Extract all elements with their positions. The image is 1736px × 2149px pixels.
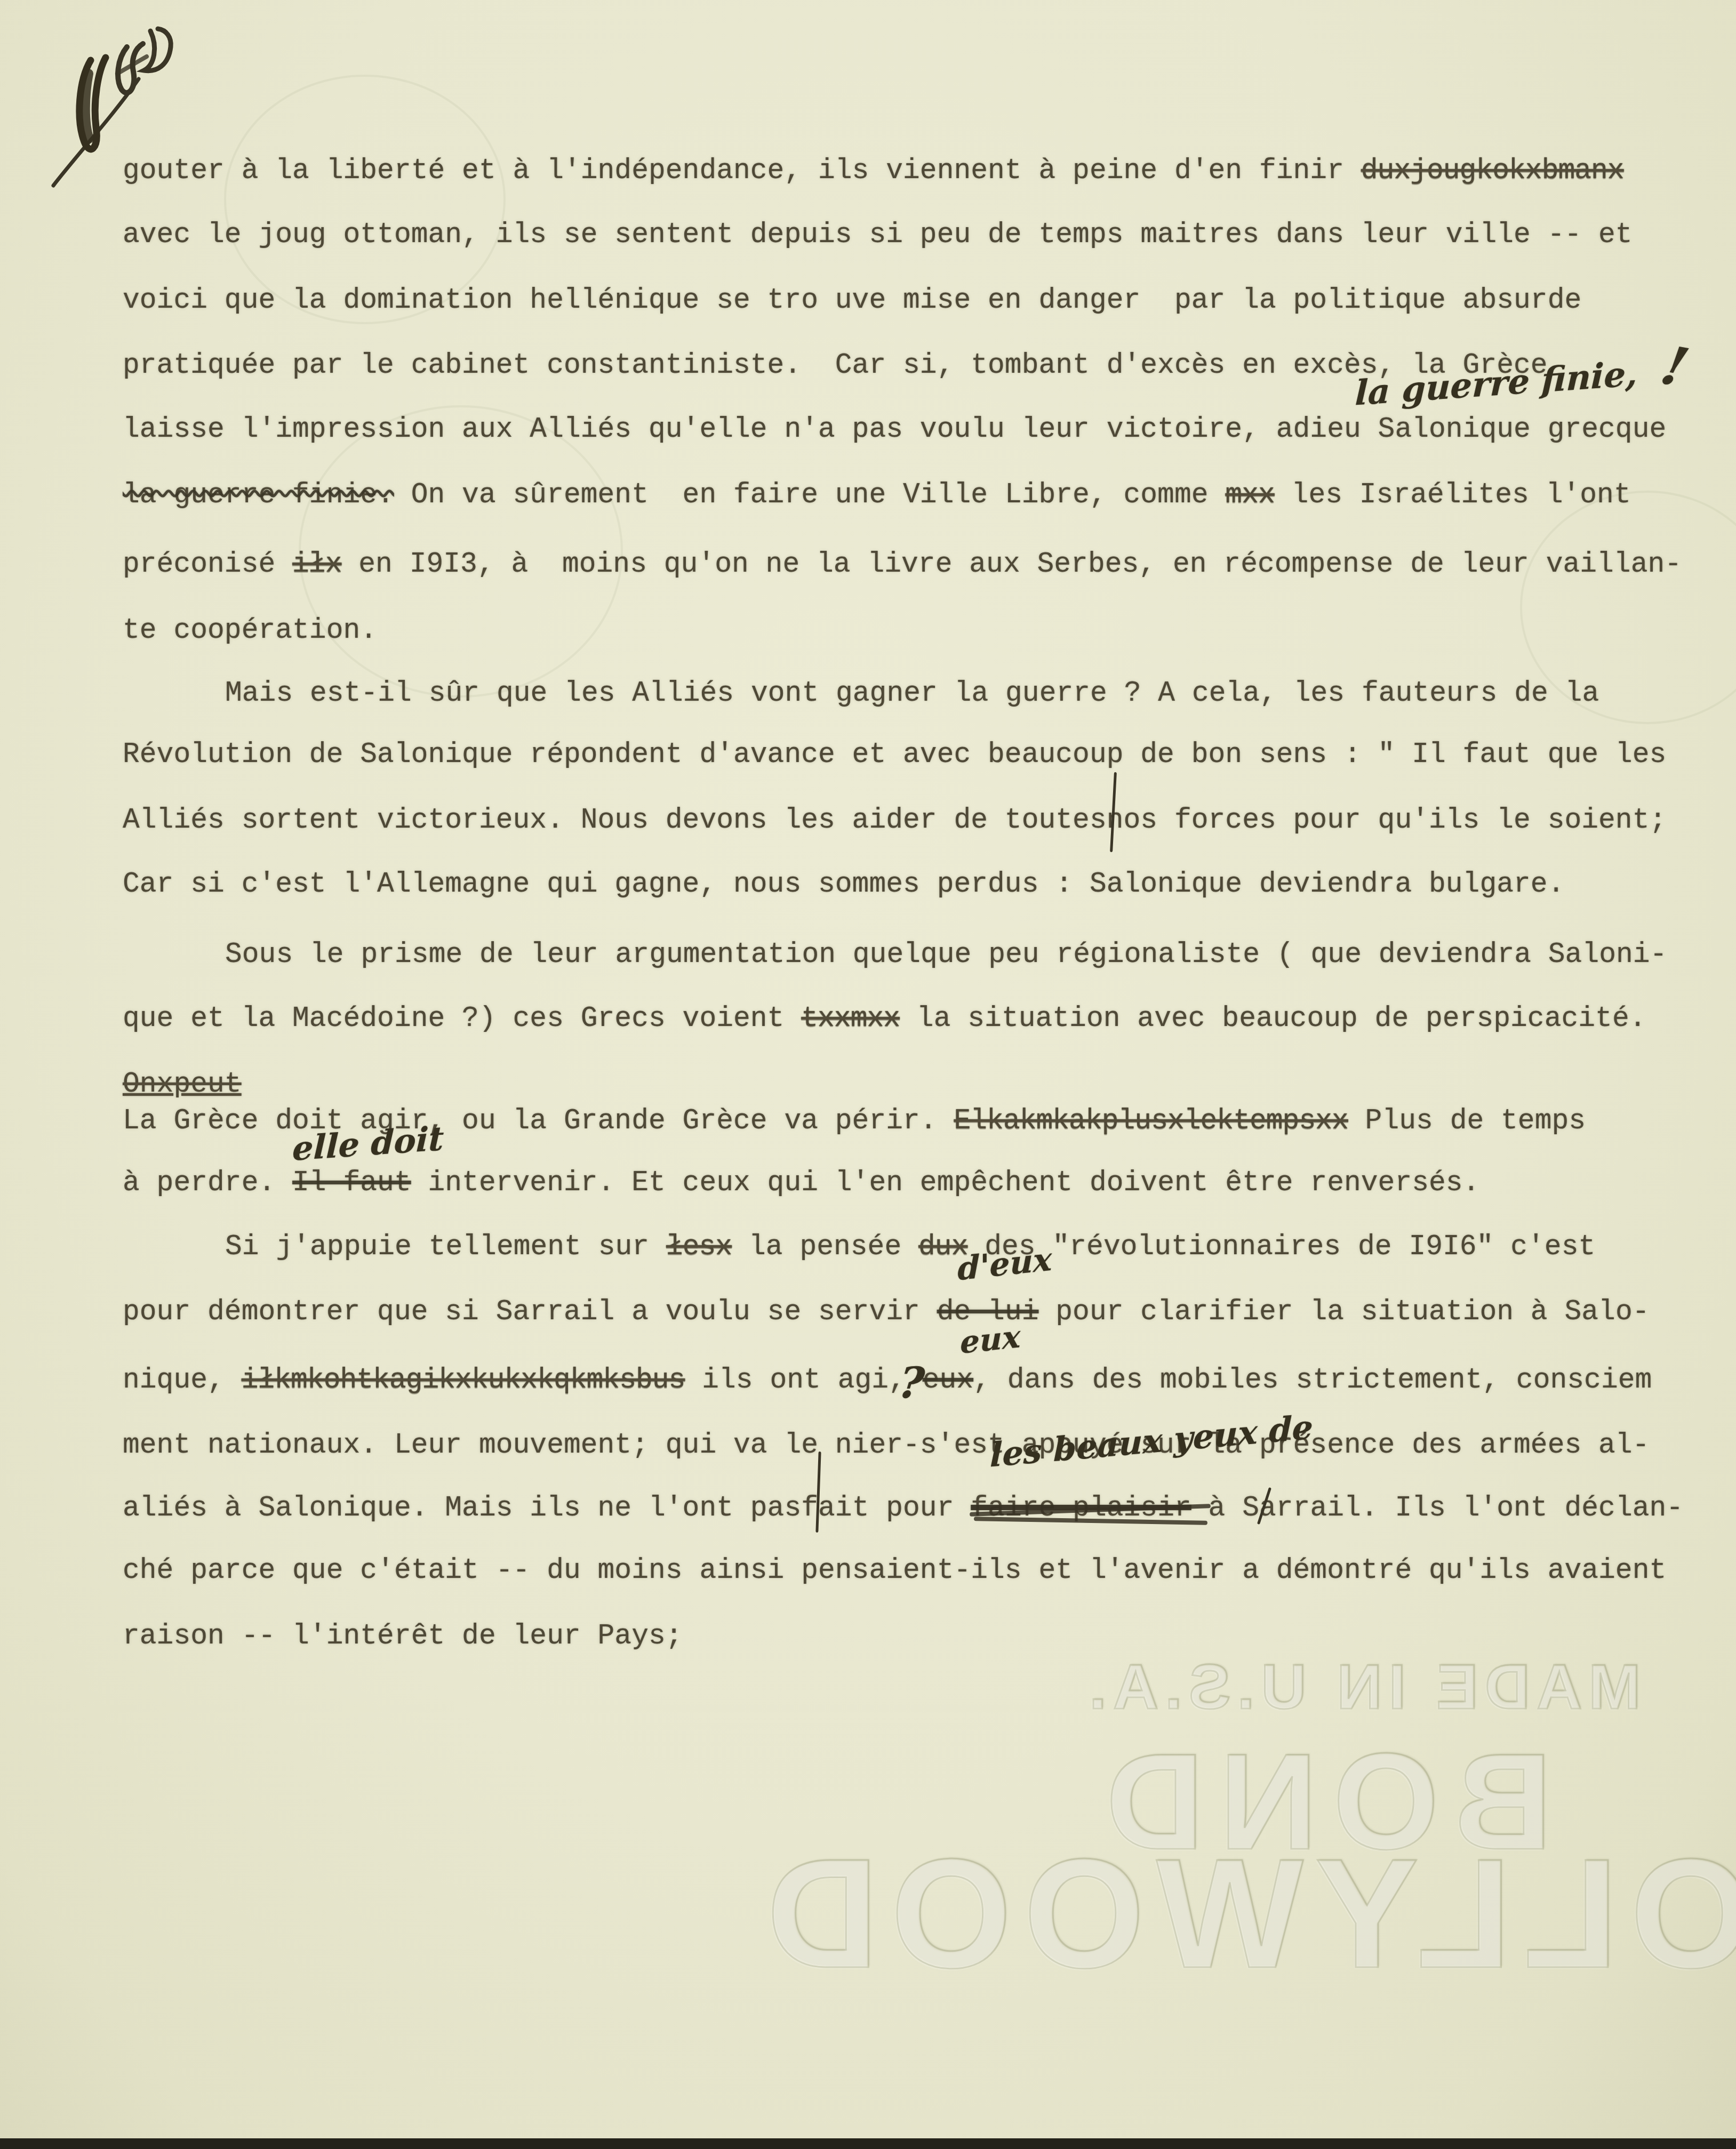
typed-text: des "révolutionnaires de I9I6" c'est	[967, 1231, 1595, 1263]
typed-text: , dans des mobiles strictement, consciem	[973, 1364, 1652, 1396]
struck-text: iłkmkohtkagikxkukxkqkmksbus	[242, 1364, 685, 1396]
struck-text: eux	[923, 1364, 973, 1396]
typed-text: fait pour	[801, 1492, 971, 1524]
typed-text: raison -- l'intérêt de leur Pays;	[123, 1620, 683, 1652]
struck-text: Il faut	[292, 1167, 411, 1199]
typed-line-4: pratiquée par le cabinet constantiniste.…	[123, 349, 1548, 381]
scan-bottom-edge	[0, 2138, 1736, 2149]
typed-line-7: préconisé iłx en I9I3, à moins qu'on ne …	[123, 548, 1682, 580]
watermark-hollywood: HOLLYWOOD	[755, 1824, 1736, 2003]
struck-text: łesx	[666, 1231, 732, 1263]
typed-line-20: nique, iłkmkohtkagikxkukxkqkmksbus ils o…	[123, 1364, 1652, 1396]
insertion-les-beaux-yeux-de: les beaux yeux de	[990, 1407, 1314, 1474]
typed-text: te coopération.	[123, 614, 377, 646]
typed-text: Car si c'est l'Allemagne qui gagne, nous…	[123, 868, 1564, 900]
typed-line-3: voici que la domination hellénique se tr…	[123, 284, 1581, 316]
typed-text: la situation avec beaucoup de perspicaci…	[900, 1003, 1646, 1035]
typed-text: à perdre.	[123, 1167, 292, 1199]
struck-text: Elkakmkakplusxlektempsxx	[954, 1105, 1348, 1137]
typed-line-2: avec le joug ottoman, ils se sentent dep…	[123, 219, 1633, 251]
typed-text: pour démontrer que si Sarrail a voulu se…	[123, 1296, 937, 1328]
typed-text: On va sûrement en faire une Ville Libre,…	[394, 479, 1225, 511]
watermark-made-in-usa: MADE IN U.S.A.	[1083, 1651, 1641, 1723]
typed-line-12: Car si c'est l'Allemagne qui gagne, nous…	[123, 868, 1564, 900]
typed-line-18: Si j'appuie tellement sur łesx la pensée…	[225, 1231, 1595, 1263]
typed-text: avec le joug ottoman, ils se sentent dep…	[123, 219, 1633, 251]
typed-text: en I9I3, à moins qu'on ne la livre aux S…	[341, 548, 1682, 580]
typed-text: Alliés sortent victorieux. Nous devons l…	[123, 804, 1666, 836]
typed-text: ils ont agi,	[685, 1364, 922, 1396]
typed-line-5: laisse l'impression aux Alliés qu'elle n…	[123, 413, 1666, 445]
typed-line-8: te coopération.	[123, 614, 377, 646]
typed-text: pour clarifier la situation à Salo-	[1039, 1296, 1650, 1328]
typed-text: Plus de temps	[1348, 1105, 1586, 1137]
typed-text: nique,	[123, 1364, 242, 1396]
typed-line-19: pour démontrer que si Sarrail a voulu se…	[123, 1296, 1650, 1328]
typed-line-11: Alliés sortent victorieux. Nous devons l…	[123, 804, 1666, 836]
typed-text: la pensée	[732, 1231, 918, 1263]
document-page: MADE IN U.S.A.BONDHOLLYWOOD gouter à la …	[0, 0, 1736, 2149]
struck-text: txxmxx	[801, 1003, 900, 1035]
typed-line-6: la guerre finie. On va sûrement en faire…	[123, 479, 1631, 511]
typed-text: laisse l'impression aux Alliés qu'elle n…	[123, 413, 1666, 445]
struck-text: iłx	[292, 548, 341, 580]
typed-text: Si j'appuie tellement sur	[225, 1231, 666, 1263]
typed-text: aliés à Salonique. Mais ils ne l'ont pas	[123, 1492, 801, 1524]
struck-text: duxjougkokxbmanx	[1361, 155, 1624, 187]
typed-text: que et la Macédoine ?) ces Grecs voient	[123, 1003, 801, 1035]
struck-text: la guerre finie.	[123, 479, 394, 511]
struck-text: mxx	[1225, 479, 1274, 511]
typed-text: intervenir. Et ceux qui l'en empêchent d…	[411, 1167, 1480, 1199]
struck-text: Onxpeut	[123, 1068, 242, 1100]
correction-eux: eux	[960, 1318, 1020, 1361]
typed-text: Révolution de Salonique répondent d'avan…	[123, 739, 1666, 771]
typed-line-15: Onxpeut	[123, 1068, 242, 1100]
typed-line-9: Mais est-il sûr que les Alliés vont gagn…	[225, 677, 1599, 709]
inserted-question-mark: ?	[897, 1358, 927, 1408]
typed-text: La Grèce doit agir, ou la Grande Grèce v…	[123, 1105, 954, 1137]
typed-text: Mais est-il sûr que les Alliés vont gagn…	[225, 677, 1599, 709]
typed-line-22: aliés à Salonique. Mais ils ne l'ont pas…	[123, 1492, 1683, 1524]
typed-line-23: ché parce que c'était -- du moins ainsi …	[123, 1554, 1666, 1586]
typed-line-13: Sous le prisme de leur argumentation que…	[225, 939, 1667, 971]
typed-line-21: ment nationaux. Leur mouvement; qui va l…	[123, 1429, 1649, 1461]
handwritten-page-mark	[37, 10, 213, 196]
typed-line-24: raison -- l'intérêt de leur Pays;	[123, 1620, 683, 1652]
typed-line-10: Révolution de Salonique répondent d'avan…	[123, 739, 1666, 771]
typed-text: préconisé	[123, 548, 292, 580]
typed-text: pratiquée par le cabinet constantiniste.…	[123, 349, 1548, 381]
typed-text: ché parce que c'était -- du moins ainsi …	[123, 1554, 1666, 1586]
typed-line-17: à perdre. Il faut intervenir. Et ceux qu…	[123, 1167, 1479, 1199]
typed-text: les Israélites l'ont	[1275, 479, 1631, 511]
typed-text: Sous le prisme de leur argumentation que…	[225, 939, 1667, 971]
typed-line-1: gouter à la liberté et à l'indépendance,…	[123, 155, 1624, 187]
typed-text: voici que la domination hellénique se tr…	[123, 284, 1581, 316]
exclamation-mark: !	[1654, 334, 1695, 399]
typed-text: gouter à la liberté et à l'indépendance,…	[123, 155, 1361, 187]
typed-line-14: que et la Macédoine ?) ces Grecs voient …	[123, 1003, 1646, 1035]
typed-text: ment nationaux. Leur mouvement; qui va l…	[123, 1429, 903, 1461]
